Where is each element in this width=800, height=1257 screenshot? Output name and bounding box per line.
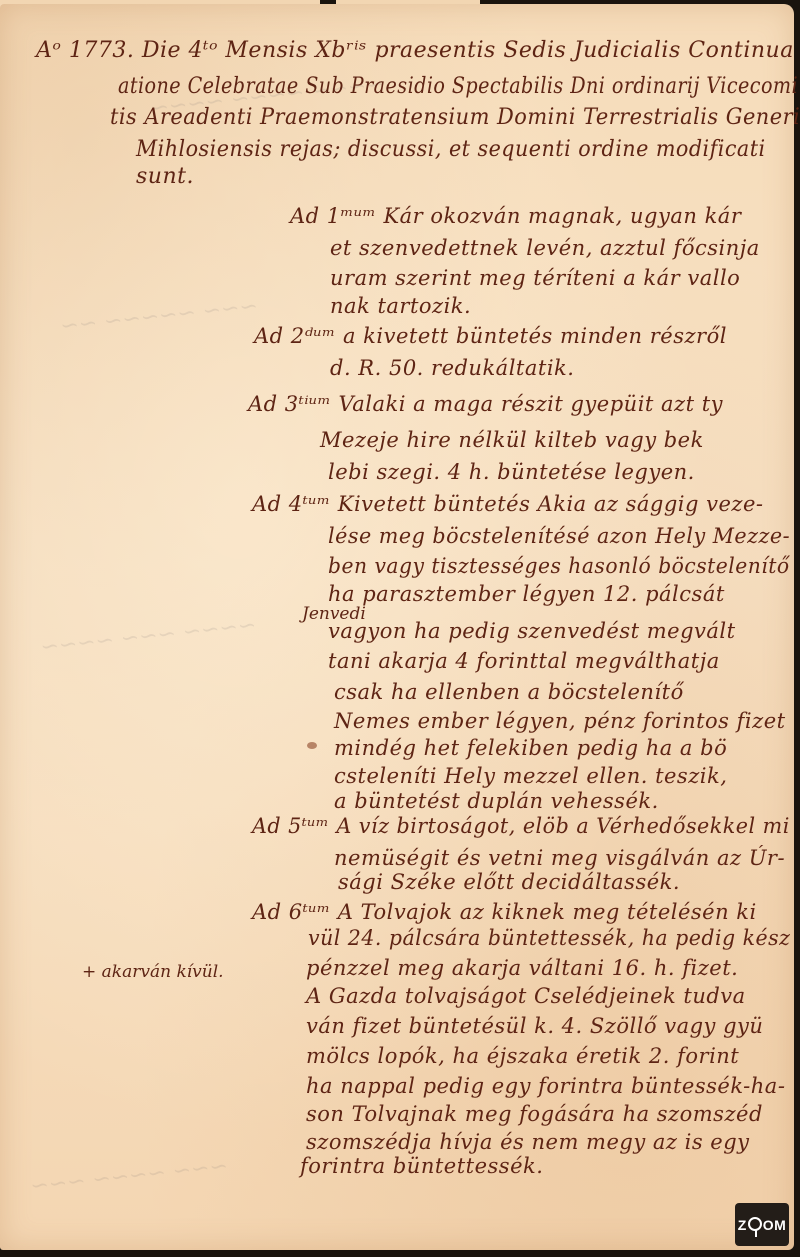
article-6-line: szomszédja hívja és nem megy az is egy: [306, 1130, 750, 1154]
zoom-logo-text: OM: [763, 1217, 787, 1233]
header-line: Aᵒ 1773. Die 4ᵗᵒ Mensis Xbʳⁱˢ praesentis…: [36, 38, 794, 63]
article-4-line: csteleníti Hely mezzel ellen. teszik,: [334, 764, 727, 788]
article-6-line: vül 24. pálcsára büntettessék, ha pedig …: [308, 926, 790, 950]
article-4-line: tani akarja 4 forinttal megválthatja: [328, 649, 720, 673]
header-line: sunt.: [136, 164, 194, 189]
manuscript-page: ~~~~ ~~~~ ~~~~ ~~~ ~~~~~ ~~ ~~~~ ~~~ ~~~…: [0, 4, 794, 1250]
header-line: Mihlosiensis rejas; discussi, et sequent…: [136, 137, 766, 162]
article-2-line: Ad 2ᵈᵘᵐ a kivetett büntetés minden részr…: [254, 324, 727, 348]
article-1-line: et szenvedettnek levén, azztul főcsinja: [330, 236, 760, 260]
article-4-line: Nemes ember légyen, pénz forintos fizet: [334, 709, 786, 733]
bleed-through-text: ~~~~ ~~~ ~~~~: [39, 613, 257, 661]
ink-blot: [307, 742, 317, 749]
article-6-line: son Tolvajnak meg fogására ha szomszéd: [306, 1102, 763, 1126]
article-4-line: csak ha ellenben a böcstelenítő: [334, 680, 684, 704]
article-3-line: lebi szegi. 4 h. büntetése legyen.: [328, 460, 695, 484]
article-4-line: ha parasztember légyen 12. pálcsát: [328, 582, 725, 606]
bleed-through-text: ~~~ ~~~~ ~~~: [29, 1154, 229, 1200]
left-margin-note: + akarván kívül.: [82, 962, 224, 982]
magnifier-icon: [748, 1217, 762, 1231]
article-6-line: A Gazda tolvajságot Cselédjeinek tudva: [306, 984, 746, 1008]
article-4-line: a büntetést duplán vehessék.: [334, 789, 659, 813]
article-6-line: ha nappal pedig egy forintra büntessék-h…: [306, 1074, 785, 1098]
article-4-line: vagyon ha pedig szenvedést megvált: [328, 619, 736, 643]
article-3-line: Mezeje hire nélkül kilteb vagy bek: [320, 428, 704, 452]
article-1-line: uram szerint meg téríteni a kár vallo: [330, 266, 740, 290]
article-4-line: Ad 4ᵗᵘᵐ Kivetett büntetés Akia az sággig…: [252, 492, 764, 516]
article-4-line: mindég het felekiben pedig ha a bö: [334, 736, 727, 760]
header-line: tis Areadenti Praemonstratensium Domini …: [110, 105, 800, 130]
article-4-line: ben vagy tisztességes hasonló böcstelení…: [328, 554, 790, 578]
article-4-line: lése meg böcstelenítésé azon Hely Mezze-: [328, 524, 790, 548]
article-3-line: Ad 3ᵗⁱᵘᵐ Valaki a maga részit gyepüit az…: [248, 392, 723, 416]
header-line: atione Celebratae Sub Praesidio Spectabi…: [118, 74, 798, 99]
article-5-line: nemüségit és vetni meg visgálván az Úr-: [334, 846, 785, 870]
article-6-line: Ad 6ᵗᵘᵐ A Tolvajok az kiknek meg tételés…: [252, 900, 757, 924]
article-5-line: Ad 5ᵗᵘᵐ A víz birtoságot, elöb a Vérhedő…: [252, 814, 790, 838]
article-6-line: pénzzel meg akarja váltani 16. h. fizet.: [306, 956, 738, 980]
article-2-line: d. R. 50. redukáltatik.: [330, 356, 574, 380]
article-6-line: mölcs lopók, ha éjszaka éretik 2. forint: [306, 1044, 739, 1068]
zoom-logo-text: Z: [738, 1217, 747, 1233]
article-6-line: forintra büntettessék.: [300, 1154, 543, 1178]
article-6-line: ván fizet büntetésül k. 4. Szöllő vagy g…: [306, 1014, 763, 1038]
article-1-line: Ad 1ᵐᵘᵐ Kár okozván magnak, ugyan kár: [290, 204, 741, 228]
bleed-through-text: ~~~ ~~~~~ ~~: [59, 294, 259, 340]
article-1-line: nak tartozik.: [330, 294, 471, 318]
zoom-logo[interactable]: ZOM: [735, 1203, 789, 1246]
article-5-line: sági Széke előtt decidáltassék.: [338, 870, 680, 894]
